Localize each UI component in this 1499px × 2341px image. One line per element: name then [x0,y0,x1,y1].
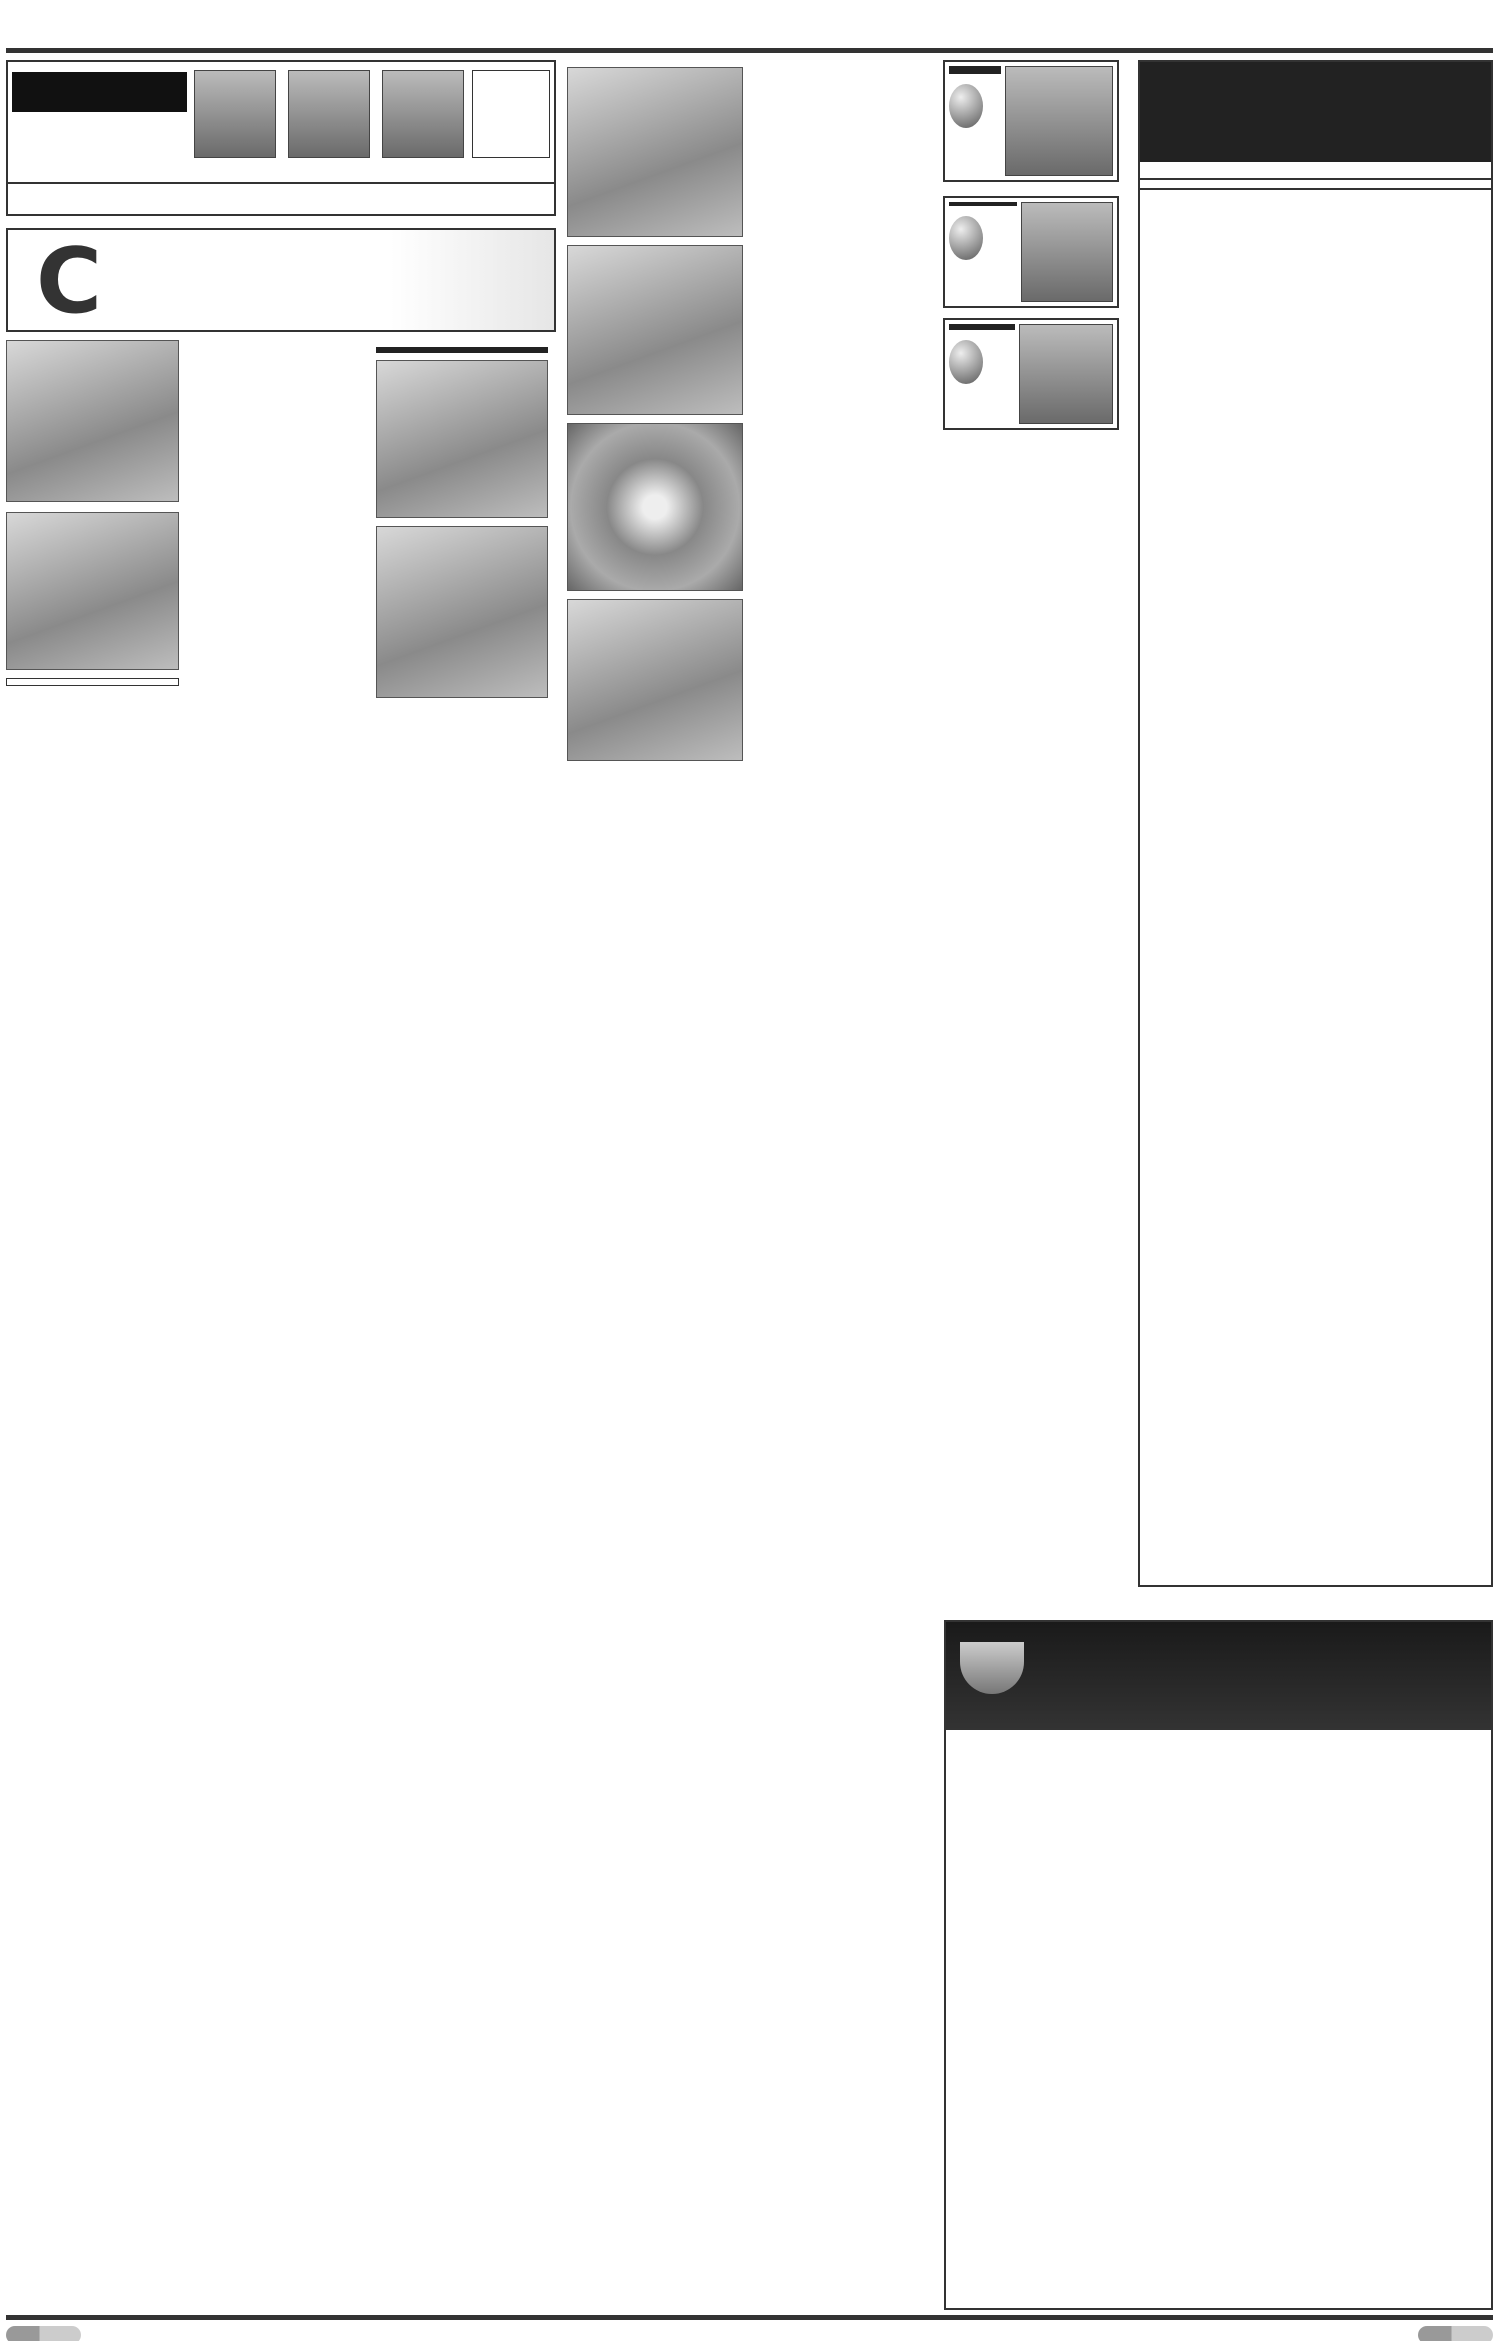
astrologer-credit [1140,162,1491,180]
astrology-image [567,423,743,591]
panjika-note [1140,188,1491,202]
obituary-panel [944,1620,1493,2310]
coupon-photo-3 [382,70,464,198]
classified-logo-c: C [36,234,102,330]
balloons-icon [949,216,1017,260]
column-health-business-astro-loan [567,60,743,769]
classified-banner: C [6,228,556,332]
coupon-photo-1 [194,70,276,198]
birthday-coupon [6,60,556,216]
packers-image [376,526,548,698]
zodiac-signs [1140,180,1491,188]
tolet-image [376,360,548,518]
automobile-image [6,340,179,502]
general-heading [376,347,548,353]
coupon-title [12,72,187,112]
coupon-photo-2 [288,70,370,198]
loan-image [567,599,743,761]
oil-lamp-icon [960,1642,1024,1694]
child-photo [288,70,370,158]
birthday-tag [949,324,1015,330]
column-birthday-wishes [943,60,1119,438]
realestate-image [6,512,179,670]
balloons-icon [949,84,1001,128]
obituary-entries [946,1730,1491,1746]
reader-notice [6,678,179,686]
healthcare-image [567,67,743,237]
business-image [567,245,743,415]
footer-rule [6,2315,1493,2320]
horoscope-title [1140,62,1491,162]
portrait-photo [1005,66,1113,176]
birthday-tag [949,66,1001,74]
portrait-photo [1021,202,1113,302]
page-scrollbar-left[interactable] [6,2326,81,2341]
column-construction-tolet [376,340,548,706]
balloons-icon [949,340,1015,384]
child-photo [194,70,276,158]
birthday-tag [949,202,1017,206]
photo-placeholder [472,70,550,158]
header-rule [6,48,1493,53]
birthday-wish-arya [943,318,1119,430]
birthday-wish-swati [943,60,1119,182]
news-story-birds [756,1140,1132,1146]
column-automobile-realestate [6,340,179,686]
horoscope-panel [1138,60,1493,1587]
page-scrollbar-right[interactable] [1418,2326,1493,2341]
coupon-terms [8,182,554,188]
birthday-wish-pratyasha [943,196,1119,308]
child-photo [382,70,464,158]
obituary-banner [946,1622,1491,1730]
news-story-police [756,1600,936,1604]
portrait-photo [1019,324,1113,424]
